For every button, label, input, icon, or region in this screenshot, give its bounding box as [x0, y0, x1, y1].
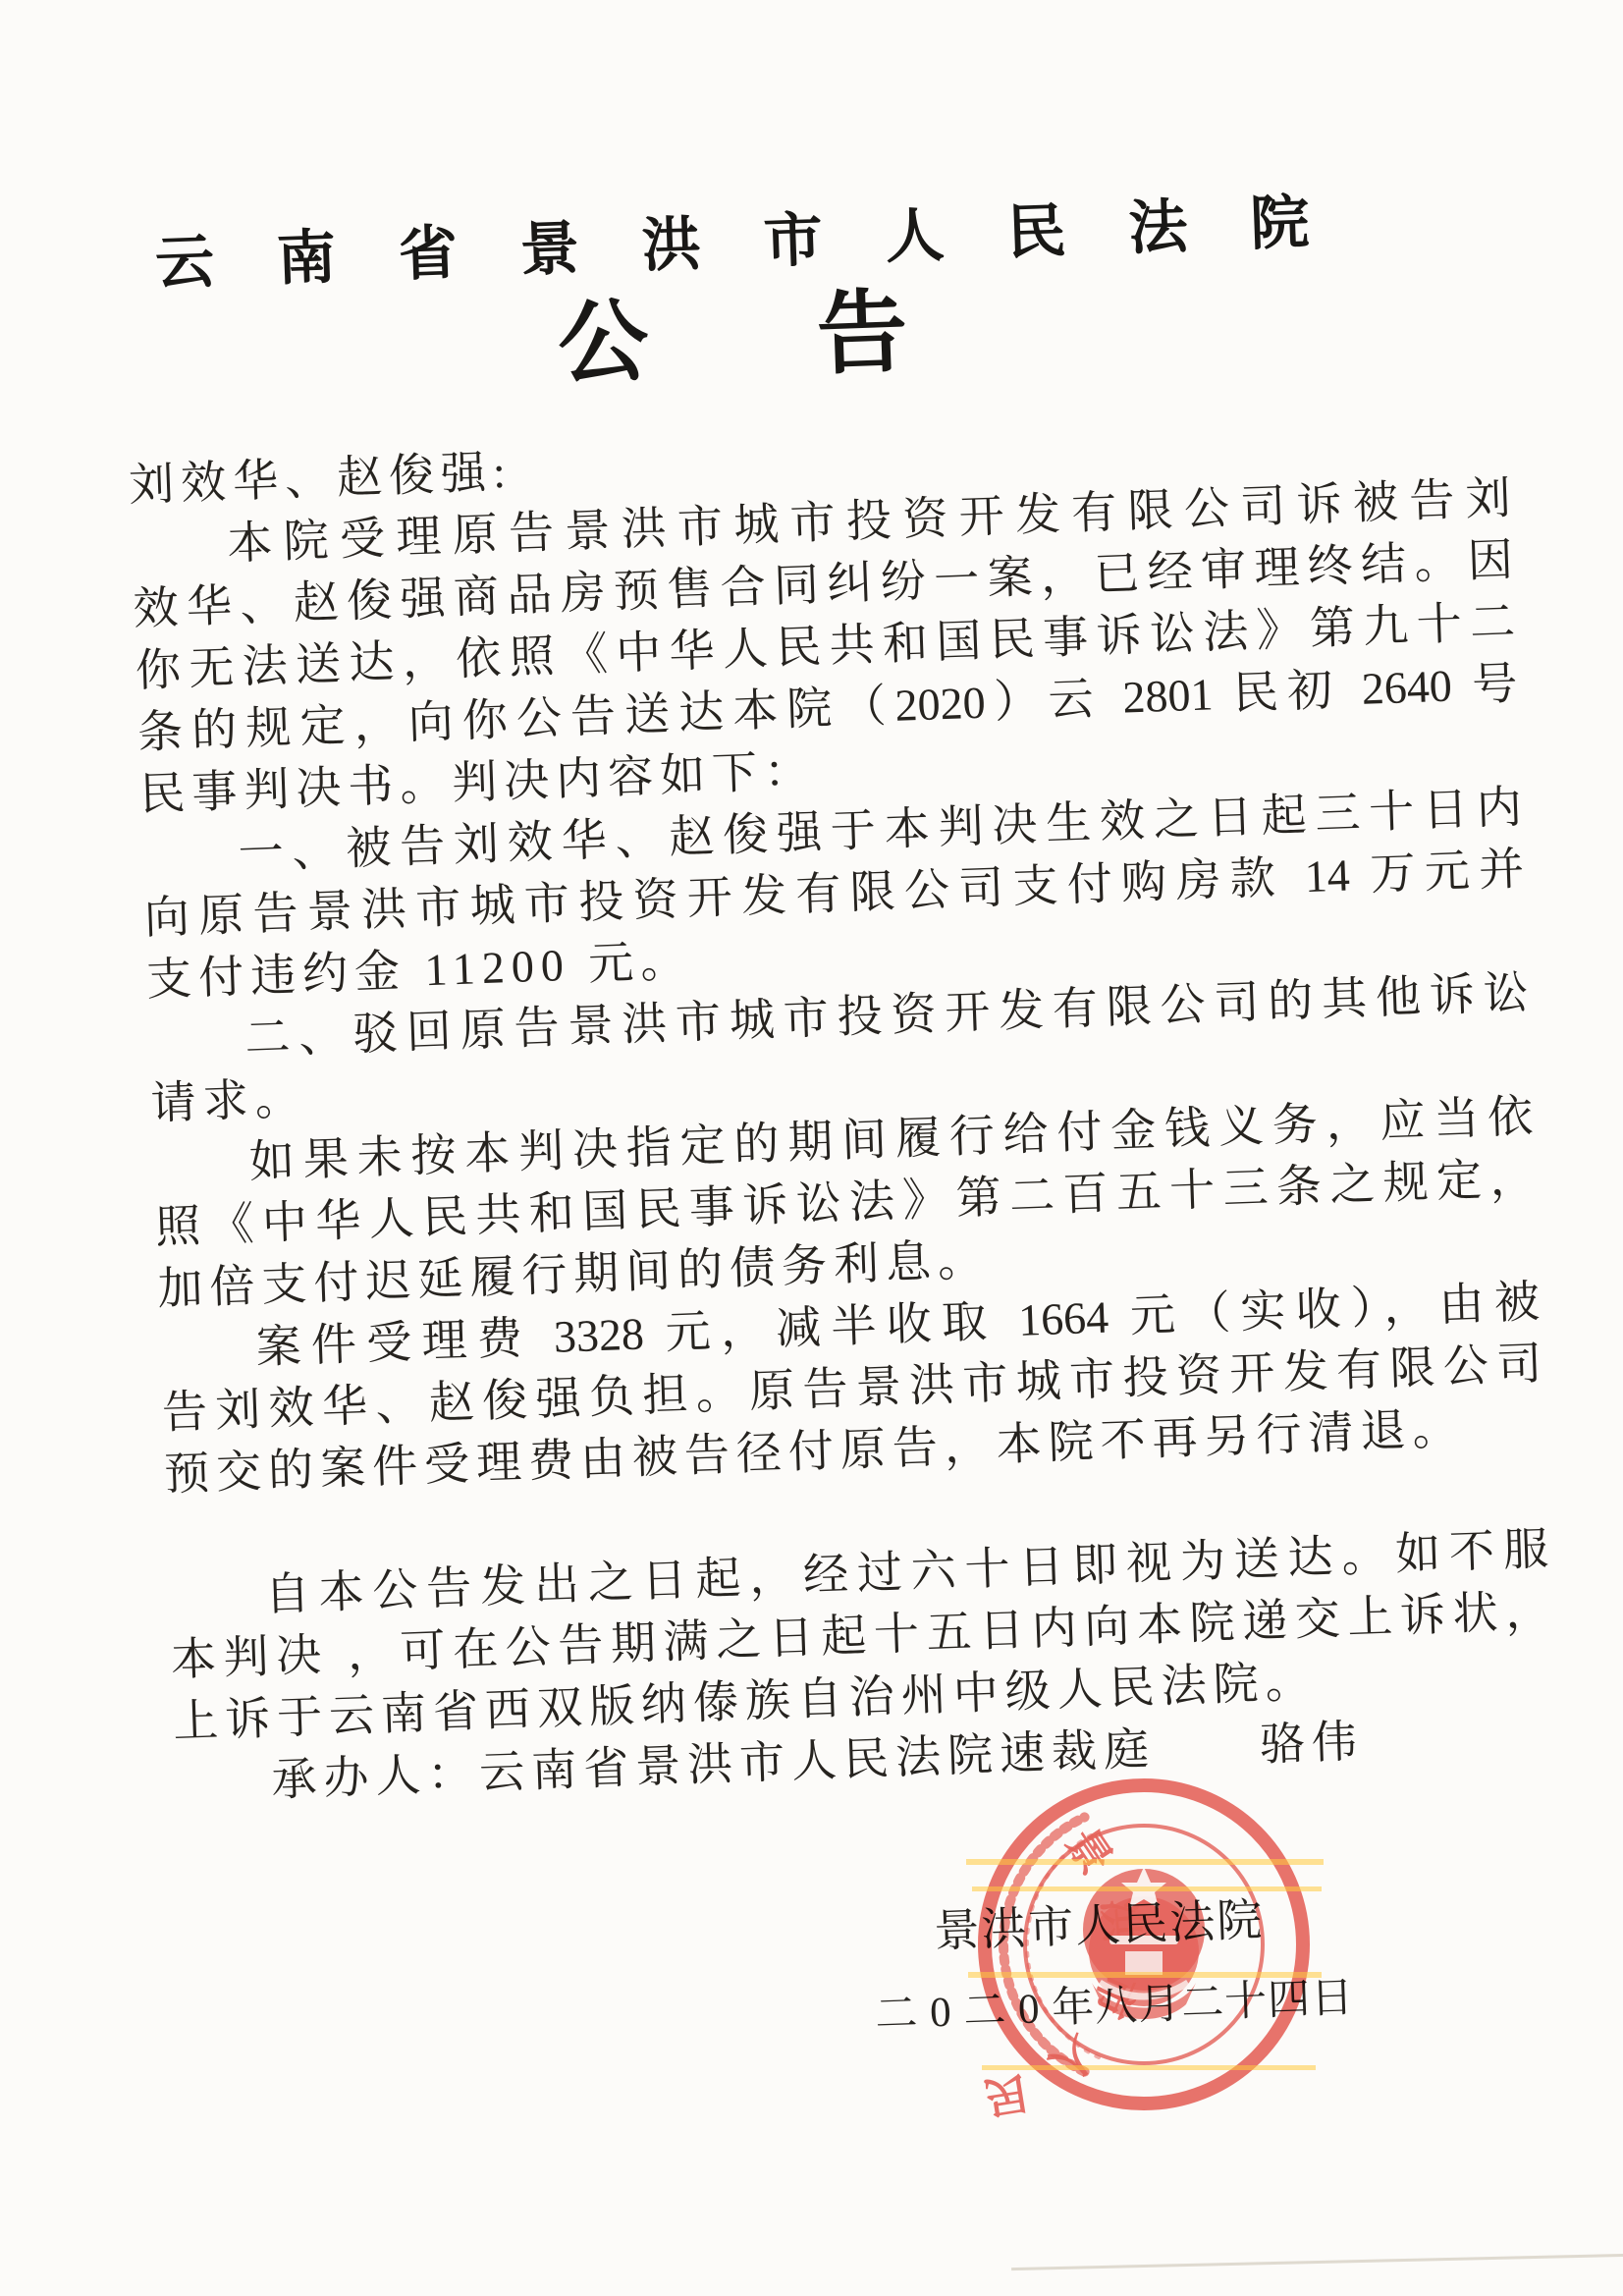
- scanned-document-page: 云南省景洪市人民法院 公告 刘效华、赵俊强:本院受理原告景洪市城市投资开发有限公…: [0, 0, 1623, 2296]
- notice-title: 公告: [557, 279, 1078, 392]
- scan-tilt-layer: 云南省景洪市人民法院 公告 刘效华、赵俊强:本院受理原告景洪市城市投资开发有限公…: [0, 0, 1623, 2296]
- document-body: 刘效华、赵俊强:本院受理原告景洪市城市投资开发有限公司诉被告刘效华、赵俊强商品房…: [128, 405, 1556, 1814]
- court-name-title: 云南省景洪市人民法院: [154, 190, 1373, 294]
- official-seal: 景洪市人民法院: [962, 1763, 1325, 2126]
- national-emblem-icon: [1083, 1867, 1205, 2019]
